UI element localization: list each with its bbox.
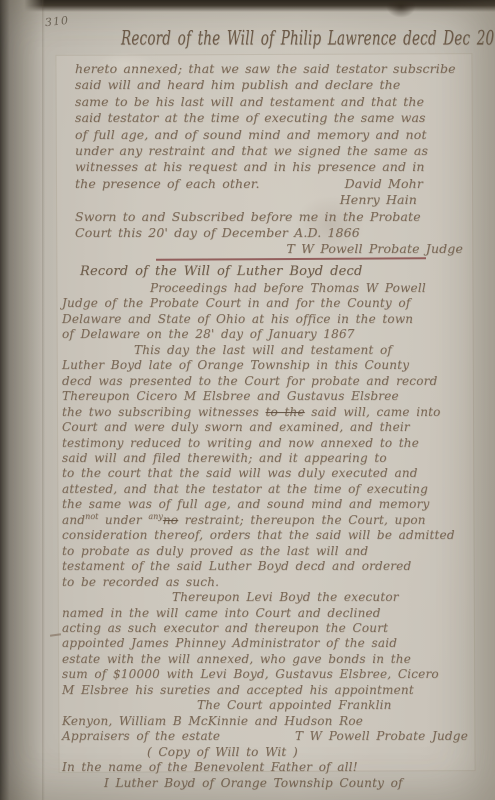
- handwritten-line: Thereupon Levi Boyd the executor: [172, 590, 474, 605]
- handwritten-line: Judge of the Probate Court in and for th…: [62, 296, 474, 311]
- handwritten-line: the same was of full age, and sound mind…: [62, 497, 474, 512]
- handwritten-line: sum of $10000 with Levi Boyd, Gustavus E…: [62, 667, 474, 682]
- inserted-word: any: [148, 512, 162, 521]
- handwritten-line: Luther Boyd late of Orange Township in t…: [62, 358, 474, 373]
- handwritten-line: Kenyon, William B McKinnie and Hudson Ro…: [62, 714, 474, 729]
- handwritten-line: of full age, and of sound mind and memor…: [75, 127, 475, 143]
- handwritten-line: Delaware and State of Ohio at his office…: [62, 312, 474, 327]
- closing-and-signature-row: the presence of each other. David Mohr: [75, 176, 475, 192]
- handwritten-line: appointed James Phinney Administrator of…: [62, 636, 474, 651]
- handwritten-line: witnesses at his request and in his pres…: [75, 159, 475, 175]
- handwritten-line: testimony reduced to writing and now ann…: [62, 436, 474, 451]
- page-crease: [42, 0, 45, 800]
- struck-word: no: [163, 513, 178, 527]
- handwritten-line: of Delaware on the 28' day of January 18…: [62, 327, 474, 342]
- witness-affidavit-section: hereto annexed; that we saw the said tes…: [75, 61, 475, 258]
- handwritten-line-with-strikeout: the two subscribing witnesses to the sai…: [62, 405, 474, 420]
- handwritten-line: This day the last will and testament of: [134, 343, 474, 358]
- handwritten-line: same to be his last will and testament a…: [75, 94, 475, 110]
- handwritten-line: hereto annexed; that we saw the said tes…: [75, 61, 475, 77]
- handwritten-line: consideration thereof, orders that the s…: [62, 528, 474, 543]
- handwritten-line: estate with the will annexed, who gave b…: [62, 652, 474, 667]
- jurat-line: Court this 20' day of December A.D. 1866: [75, 225, 475, 241]
- binding-edge: [0, 0, 44, 800]
- line-fragment: and: [62, 513, 85, 527]
- inserted-word: not: [85, 512, 98, 521]
- handwritten-line: under any restraint and that we signed t…: [75, 143, 475, 159]
- handwritten-line: to probate as duly proved as the last wi…: [62, 544, 474, 559]
- ledger-page: 310 Record of the Will of Philip Lawrenc…: [0, 0, 495, 800]
- handwritten-line: decd was presented to the Court for prob…: [62, 374, 474, 389]
- handwritten-line: Court and were duly sworn and examined, …: [62, 420, 474, 435]
- line-fragment: under: [98, 513, 148, 527]
- handwritten-line: named in the will came into Court and de…: [62, 606, 474, 621]
- handwritten-line-with-insertions: andnot under anyno restraint; thereupon …: [62, 513, 474, 528]
- handwritten-line: acting as such executor and thereupon th…: [62, 621, 474, 636]
- handwritten-line: Appraisers of the estate: [62, 729, 220, 744]
- jurat-line: Sworn to and Subscribed before me in the…: [75, 209, 475, 225]
- record-title-philip-lawrence: Record of the Will of Philip Lawrence de…: [121, 27, 495, 50]
- ink-smudge: [386, 0, 416, 18]
- handwritten-line: The Court appointed Franklin: [197, 698, 474, 713]
- handwritten-line: the presence of each other.: [75, 176, 260, 192]
- handwritten-line: to the court that the said will was duly…: [62, 466, 474, 481]
- handwritten-line: M Elsbree his sureties and accepted his …: [62, 683, 474, 698]
- line-fragment: the two subscribing witnesses: [62, 405, 266, 419]
- judge-signature: T W Powell Probate Judge: [295, 729, 468, 744]
- handwritten-line: said testator at the time of executing t…: [75, 110, 475, 126]
- handwritten-line: said will and filed therewith; and it ap…: [62, 451, 474, 466]
- appraisers-and-signature-row: Appraisers of the estate T W Powell Prob…: [62, 729, 474, 744]
- copy-of-will-note: ( Copy of Will to Wit ): [147, 745, 474, 760]
- record-title-luther-boyd: Record of the Will of Luther Boyd decd: [80, 264, 474, 281]
- will-invocation-line: In the name of the Benevolent Father of …: [62, 760, 474, 775]
- page-number: 310: [44, 14, 69, 29]
- line-fragment: said will, came into: [305, 405, 441, 419]
- handwritten-line: said will and heard him publish and decl…: [75, 77, 475, 93]
- witness-signature: Henry Hain: [75, 192, 475, 208]
- struck-words: to the: [266, 405, 305, 419]
- handwritten-line: to be recorded as such.: [62, 575, 474, 590]
- handwritten-line: Proceedings had before Thomas W Powell: [150, 281, 474, 296]
- handwritten-line: attested, and that the testator at the t…: [62, 482, 474, 497]
- line-fragment: restraint; thereupon the Court, upon: [178, 513, 426, 527]
- judge-signature: T W Powell Probate Judge: [75, 241, 475, 257]
- handwritten-line: Thereupon Cicero M Elsbree and Gustavus …: [62, 389, 474, 404]
- witness-signature: David Mohr: [345, 176, 423, 192]
- luther-boyd-record-section: Record of the Will of Luther Boyd decd P…: [62, 264, 474, 791]
- page-top-edge: [0, 0, 495, 12]
- will-opening-line: I Luther Boyd of Orange Township County …: [104, 776, 474, 791]
- handwritten-line: testament of the said Luther Boyd decd a…: [62, 559, 474, 574]
